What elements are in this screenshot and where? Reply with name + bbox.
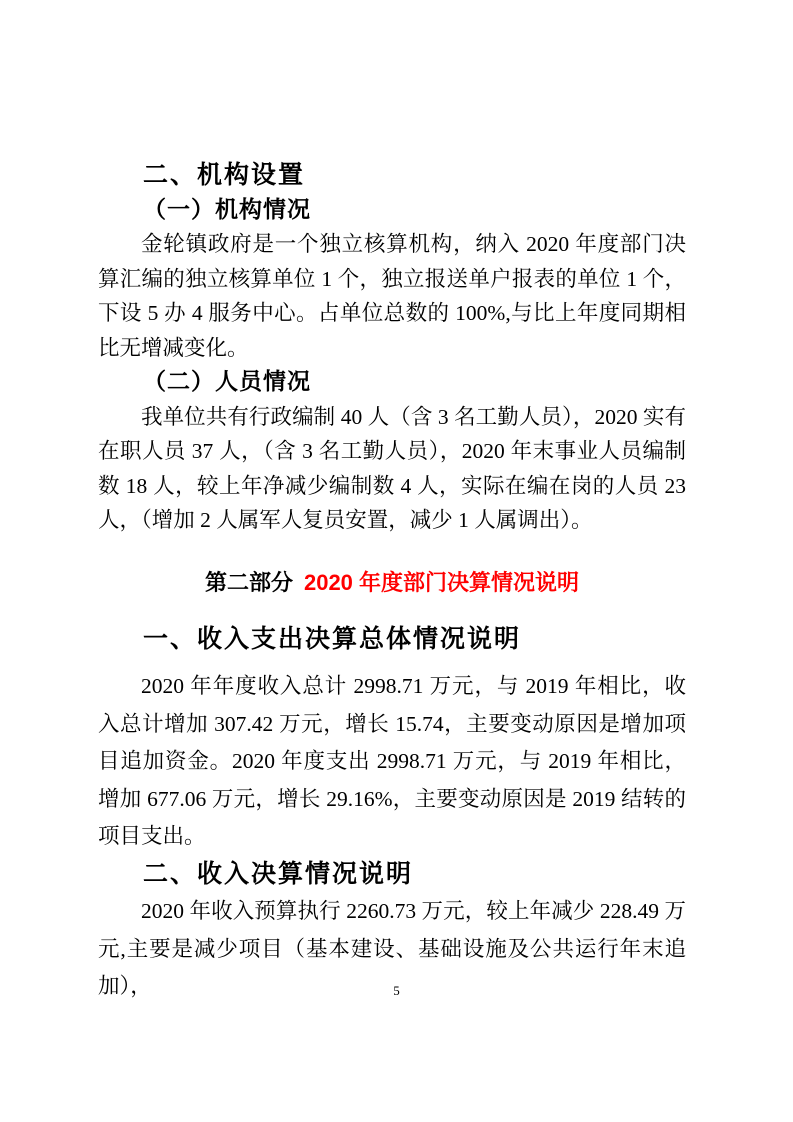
document-page: 二、机构设置 （一）机构情况 金轮镇政府是一个独立核算机构，纳入 2020 年度…	[0, 0, 793, 1122]
paragraph-budget-overview: 2020 年年度收入总计 2998.71 万元，与 2019 年相比，收入总计增…	[98, 668, 686, 856]
part2-title: 第二部分2020 年度部门决算情况说明	[98, 564, 686, 601]
paragraph-personnel-status: 我单位共有行政编制 40 人（含 3 名工勤人员），2020 实有在职人员 37…	[98, 400, 686, 538]
heading-budget-overview: 一、收入支出决算总体情况说明	[98, 621, 686, 659]
part2-title-prefix: 第二部分	[205, 570, 293, 595]
paragraph-organization-status: 金轮镇政府是一个独立核算机构，纳入 2020 年度部门决算汇编的独立核算单位 1…	[98, 227, 686, 365]
page-content: 二、机构设置 （一）机构情况 金轮镇政府是一个独立核算机构，纳入 2020 年度…	[98, 158, 686, 1006]
heading-organization-setup: 二、机构设置	[98, 158, 686, 193]
part2-title-main: 2020 年度部门决算情况说明	[304, 570, 579, 595]
heading-income-statement: 二、收入决算情况说明	[98, 856, 686, 894]
subheading-personnel-status: （二）人员情况	[98, 365, 686, 400]
page-number: 5	[0, 983, 793, 999]
subheading-organization-status: （一）机构情况	[98, 193, 686, 228]
